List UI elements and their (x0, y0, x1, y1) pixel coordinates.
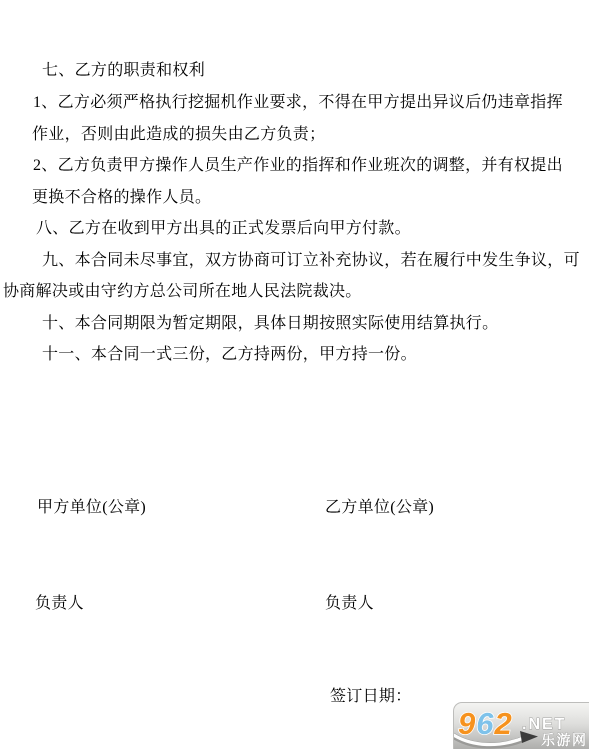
962net-logo: 962 .NET 乐游网 (454, 703, 589, 749)
clause-8-line: 八、乙方在收到甲方出具的正式发票后向甲方付款。 (36, 219, 411, 238)
site-tld: .NET (522, 716, 566, 733)
clause-7-item2-line1: 2、乙方负责甲方操作人员生产作业的指挥和作业班次的调整，并有权提出 (33, 156, 563, 175)
site-number-digit-6: 6 (476, 706, 494, 741)
962net-watermark-badge: 962 .NET 乐游网 (453, 702, 589, 749)
clause-10-line: 十、本合同期限为暂定期限，具体日期按照实际使用结算执行。 (42, 314, 498, 333)
party-a-responsible-label: 负责人 (35, 594, 84, 613)
clause-9-line1: 九、本合同未尽事宜，双方协商可订立补充协议，若在履行中发生争议，可 (42, 251, 580, 270)
site-number-digit-9: 9 (458, 706, 476, 741)
clause-7-item1-line2: 作业，否则由此造成的损失由乙方负责； (32, 125, 325, 144)
clause-11-line: 十一、本合同一式三份，乙方持两份，甲方持一份。 (42, 345, 417, 364)
clause-7-item1-line1: 1、乙方必须严格执行挖掘机作业要求，不得在甲方提出异议后仍违章指挥 (33, 93, 563, 112)
signing-date-label: 签订日期： (330, 687, 412, 706)
clause-7-heading: 七、乙方的职责和权利 (42, 61, 205, 80)
site-number-digit-2: 2 (494, 706, 513, 741)
site-number: 962 (458, 706, 513, 741)
party-a-seal-label: 甲方单位(公章) (37, 498, 146, 517)
clause-7-item2-line2: 更换不合格的操作人员。 (32, 188, 211, 207)
party-b-responsible-label: 负责人 (325, 594, 374, 613)
contract-page: 七、乙方的职责和权利 1、乙方必须严格执行挖掘机作业要求，不得在甲方提出异议后仍… (0, 0, 589, 749)
clause-9-line2: 协商解决或由守约方总公司所在地人民法院裁决。 (3, 282, 362, 301)
party-b-seal-label: 乙方单位(公章) (325, 498, 434, 517)
site-name: 乐游网 (541, 732, 588, 748)
